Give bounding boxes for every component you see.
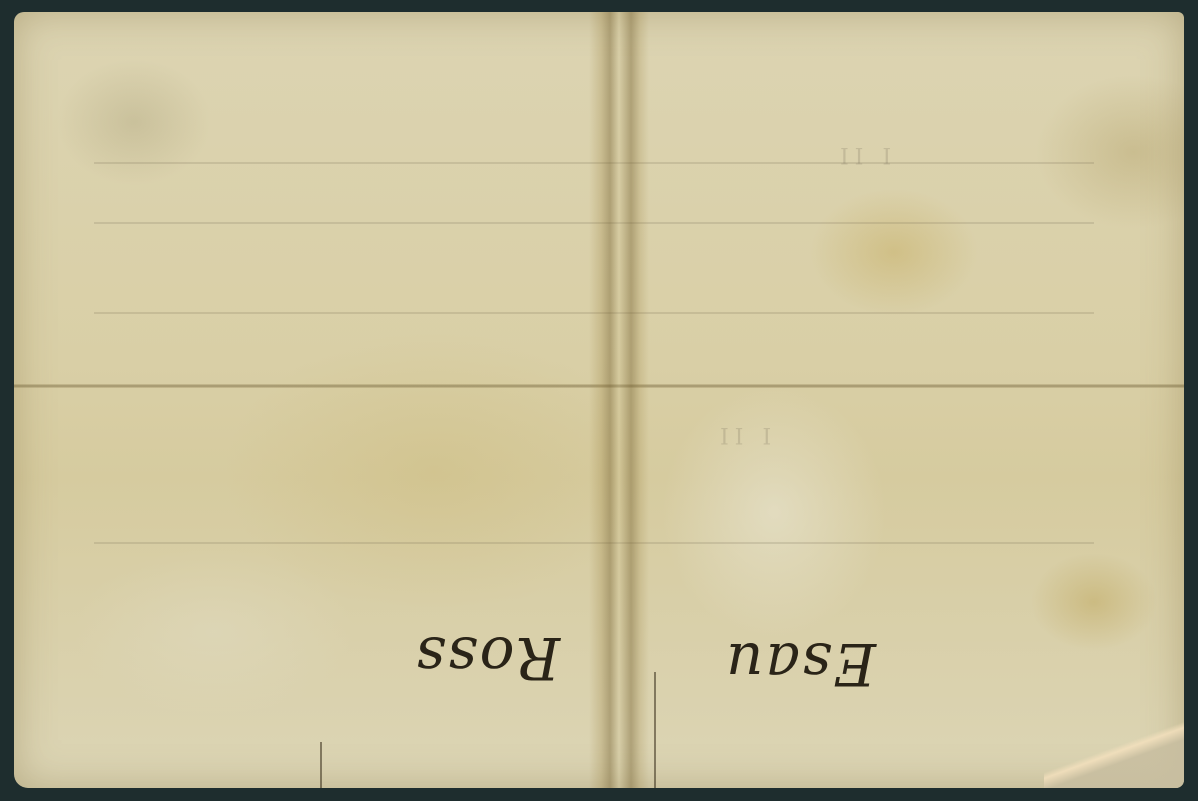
faint-print-text: I II: [834, 142, 891, 167]
aged-paper-note: I II I II Ross Esau: [14, 12, 1184, 788]
handwritten-signature-right: Esau: [724, 630, 876, 698]
faint-print-text: I II: [714, 422, 771, 447]
edge-tear: [320, 742, 322, 788]
handwritten-signature-left: Ross: [414, 624, 560, 692]
vertical-fold-crease: [589, 12, 649, 788]
edge-tear: [654, 672, 656, 788]
folded-corner: [1044, 718, 1184, 788]
